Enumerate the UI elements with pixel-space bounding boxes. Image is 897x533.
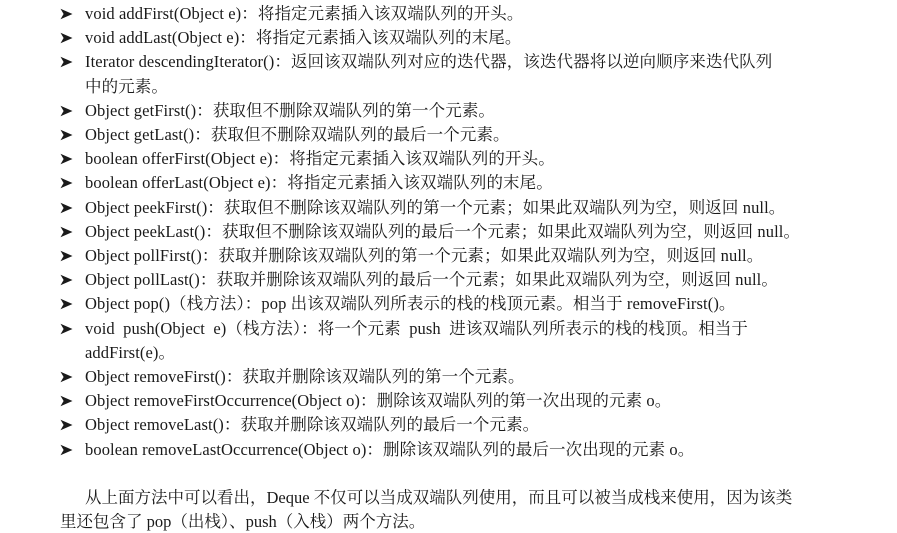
- method-description: void addLast(Object e)：将指定元素插入该双端队列的末尾。: [85, 26, 860, 50]
- arrowhead-right-icon: [60, 220, 78, 244]
- arrowhead-right-icon: [60, 26, 78, 50]
- method-description-line: Object peekLast()：获取但不删除该双端队列的最后一个元素；如果此…: [85, 220, 860, 244]
- arrowhead-right-icon: [60, 389, 78, 413]
- summary-paragraph-line-2: 里还包含了 pop（出栈）、push（入栈）两个方法。: [60, 510, 860, 533]
- arrowhead-right-icon: [60, 268, 78, 292]
- method-description: void addFirst(Object e)：将指定元素插入该双端队列的开头。: [85, 2, 860, 26]
- method-description-line: boolean removeLastOccurrence(Object o)：删…: [85, 438, 860, 462]
- arrowhead-right-icon: [60, 196, 78, 220]
- method-description: Object pollLast()：获取并删除该双端队列的最后一个元素；如果此双…: [85, 268, 860, 292]
- method-description: boolean offerFirst(Object e)：将指定元素插入该双端队…: [85, 147, 860, 171]
- method-list-item: Object getLast()：获取但不删除双端队列的最后一个元素。: [60, 123, 860, 147]
- method-list-item: boolean removeLastOccurrence(Object o)：删…: [60, 438, 860, 462]
- method-list-item: boolean offerFirst(Object e)：将指定元素插入该双端队…: [60, 147, 860, 171]
- method-list-item: Object peekFirst()：获取但不删除该双端队列的第一个元素；如果此…: [60, 196, 860, 220]
- arrowhead-right-icon: [60, 147, 78, 171]
- summary-paragraph-line-1: 从上面方法中可以看出，Deque 不仅可以当成双端队列使用，而且可以被当成栈来使…: [85, 486, 885, 510]
- arrowhead-right-icon: [60, 123, 78, 147]
- method-description-line: void addLast(Object e)：将指定元素插入该双端队列的末尾。: [85, 26, 860, 50]
- method-description-line: void push(Object e)（栈方法）：将一个元素 push 进该双端…: [85, 317, 860, 341]
- method-description: Object getLast()：获取但不删除双端队列的最后一个元素。: [85, 123, 860, 147]
- arrowhead-right-icon: [60, 244, 78, 268]
- method-list-item: Object pop()（栈方法）：pop 出该双端队列所表示的栈的栈顶元素。相…: [60, 292, 860, 316]
- arrowhead-right-icon: [60, 365, 78, 389]
- method-description: Object removeFirst()：获取并删除该双端队列的第一个元素。: [85, 365, 860, 389]
- method-description-line: Object pop()（栈方法）：pop 出该双端队列所表示的栈的栈顶元素。相…: [85, 292, 860, 316]
- deque-method-list: void addFirst(Object e)：将指定元素插入该双端队列的开头。…: [60, 2, 860, 462]
- document-page: void addFirst(Object e)：将指定元素插入该双端队列的开头。…: [0, 0, 897, 533]
- method-description-line: boolean offerFirst(Object e)：将指定元素插入该双端队…: [85, 147, 860, 171]
- method-description: Object getFirst()：获取但不删除双端队列的第一个元素。: [85, 99, 860, 123]
- method-description: Iterator descendingIterator()：返回该双端队列对应的…: [85, 50, 860, 98]
- arrowhead-right-icon: [60, 171, 78, 195]
- method-list-item: Object getFirst()：获取但不删除双端队列的第一个元素。: [60, 99, 860, 123]
- method-list-item: void push(Object e)（栈方法）：将一个元素 push 进该双端…: [60, 317, 860, 365]
- method-description-line: Iterator descendingIterator()：返回该双端队列对应的…: [85, 50, 860, 74]
- method-list-item: Iterator descendingIterator()：返回该双端队列对应的…: [60, 50, 860, 98]
- method-description: Object pop()（栈方法）：pop 出该双端队列所表示的栈的栈顶元素。相…: [85, 292, 860, 316]
- method-description-line: Object removeFirst()：获取并删除该双端队列的第一个元素。: [85, 365, 860, 389]
- method-description-line: Object pollFirst()：获取并删除该双端队列的第一个元素；如果此双…: [85, 244, 860, 268]
- method-description-line: Object getFirst()：获取但不删除双端队列的第一个元素。: [85, 99, 860, 123]
- arrowhead-right-icon: [60, 99, 78, 123]
- arrowhead-right-icon: [60, 292, 78, 316]
- method-description: boolean removeLastOccurrence(Object o)：删…: [85, 438, 860, 462]
- method-list-item: boolean offerLast(Object e)：将指定元素插入该双端队列…: [60, 171, 860, 195]
- method-description: boolean offerLast(Object e)：将指定元素插入该双端队列…: [85, 171, 860, 195]
- method-description: void push(Object e)（栈方法）：将一个元素 push 进该双端…: [85, 317, 860, 365]
- method-description: Object pollFirst()：获取并删除该双端队列的第一个元素；如果此双…: [85, 244, 860, 268]
- method-description: Object peekLast()：获取但不删除该双端队列的最后一个元素；如果此…: [85, 220, 860, 244]
- arrowhead-right-icon: [60, 438, 78, 462]
- method-list-item: Object peekLast()：获取但不删除该双端队列的最后一个元素；如果此…: [60, 220, 860, 244]
- method-list-item: Object removeFirstOccurrence(Object o)：删…: [60, 389, 860, 413]
- method-description-line: Object removeLast()：获取并删除该双端队列的最后一个元素。: [85, 413, 860, 437]
- method-list-item: Object removeLast()：获取并删除该双端队列的最后一个元素。: [60, 413, 860, 437]
- method-description-line: Object getLast()：获取但不删除双端队列的最后一个元素。: [85, 123, 860, 147]
- method-list-item: Object pollFirst()：获取并删除该双端队列的第一个元素；如果此双…: [60, 244, 860, 268]
- method-description-line: 中的元素。: [85, 75, 860, 99]
- arrowhead-right-icon: [60, 50, 78, 74]
- method-description: Object removeFirstOccurrence(Object o)：删…: [85, 389, 860, 413]
- arrowhead-right-icon: [60, 317, 78, 341]
- method-description-line: void addFirst(Object e)：将指定元素插入该双端队列的开头。: [85, 2, 860, 26]
- method-list-item: Object pollLast()：获取并删除该双端队列的最后一个元素；如果此双…: [60, 268, 860, 292]
- method-description: Object peekFirst()：获取但不删除该双端队列的第一个元素；如果此…: [85, 196, 860, 220]
- method-description: Object removeLast()：获取并删除该双端队列的最后一个元素。: [85, 413, 860, 437]
- arrowhead-right-icon: [60, 413, 78, 437]
- arrowhead-right-icon: [60, 2, 78, 26]
- method-description-line: addFirst(e)。: [85, 341, 860, 365]
- method-list-item: void addFirst(Object e)：将指定元素插入该双端队列的开头。: [60, 2, 860, 26]
- method-list-item: void addLast(Object e)：将指定元素插入该双端队列的末尾。: [60, 26, 860, 50]
- method-description-line: Object pollLast()：获取并删除该双端队列的最后一个元素；如果此双…: [85, 268, 860, 292]
- method-description-line: boolean offerLast(Object e)：将指定元素插入该双端队列…: [85, 171, 860, 195]
- method-description-line: Object removeFirstOccurrence(Object o)：删…: [85, 389, 860, 413]
- method-list-item: Object removeFirst()：获取并删除该双端队列的第一个元素。: [60, 365, 860, 389]
- method-description-line: Object peekFirst()：获取但不删除该双端队列的第一个元素；如果此…: [85, 196, 860, 220]
